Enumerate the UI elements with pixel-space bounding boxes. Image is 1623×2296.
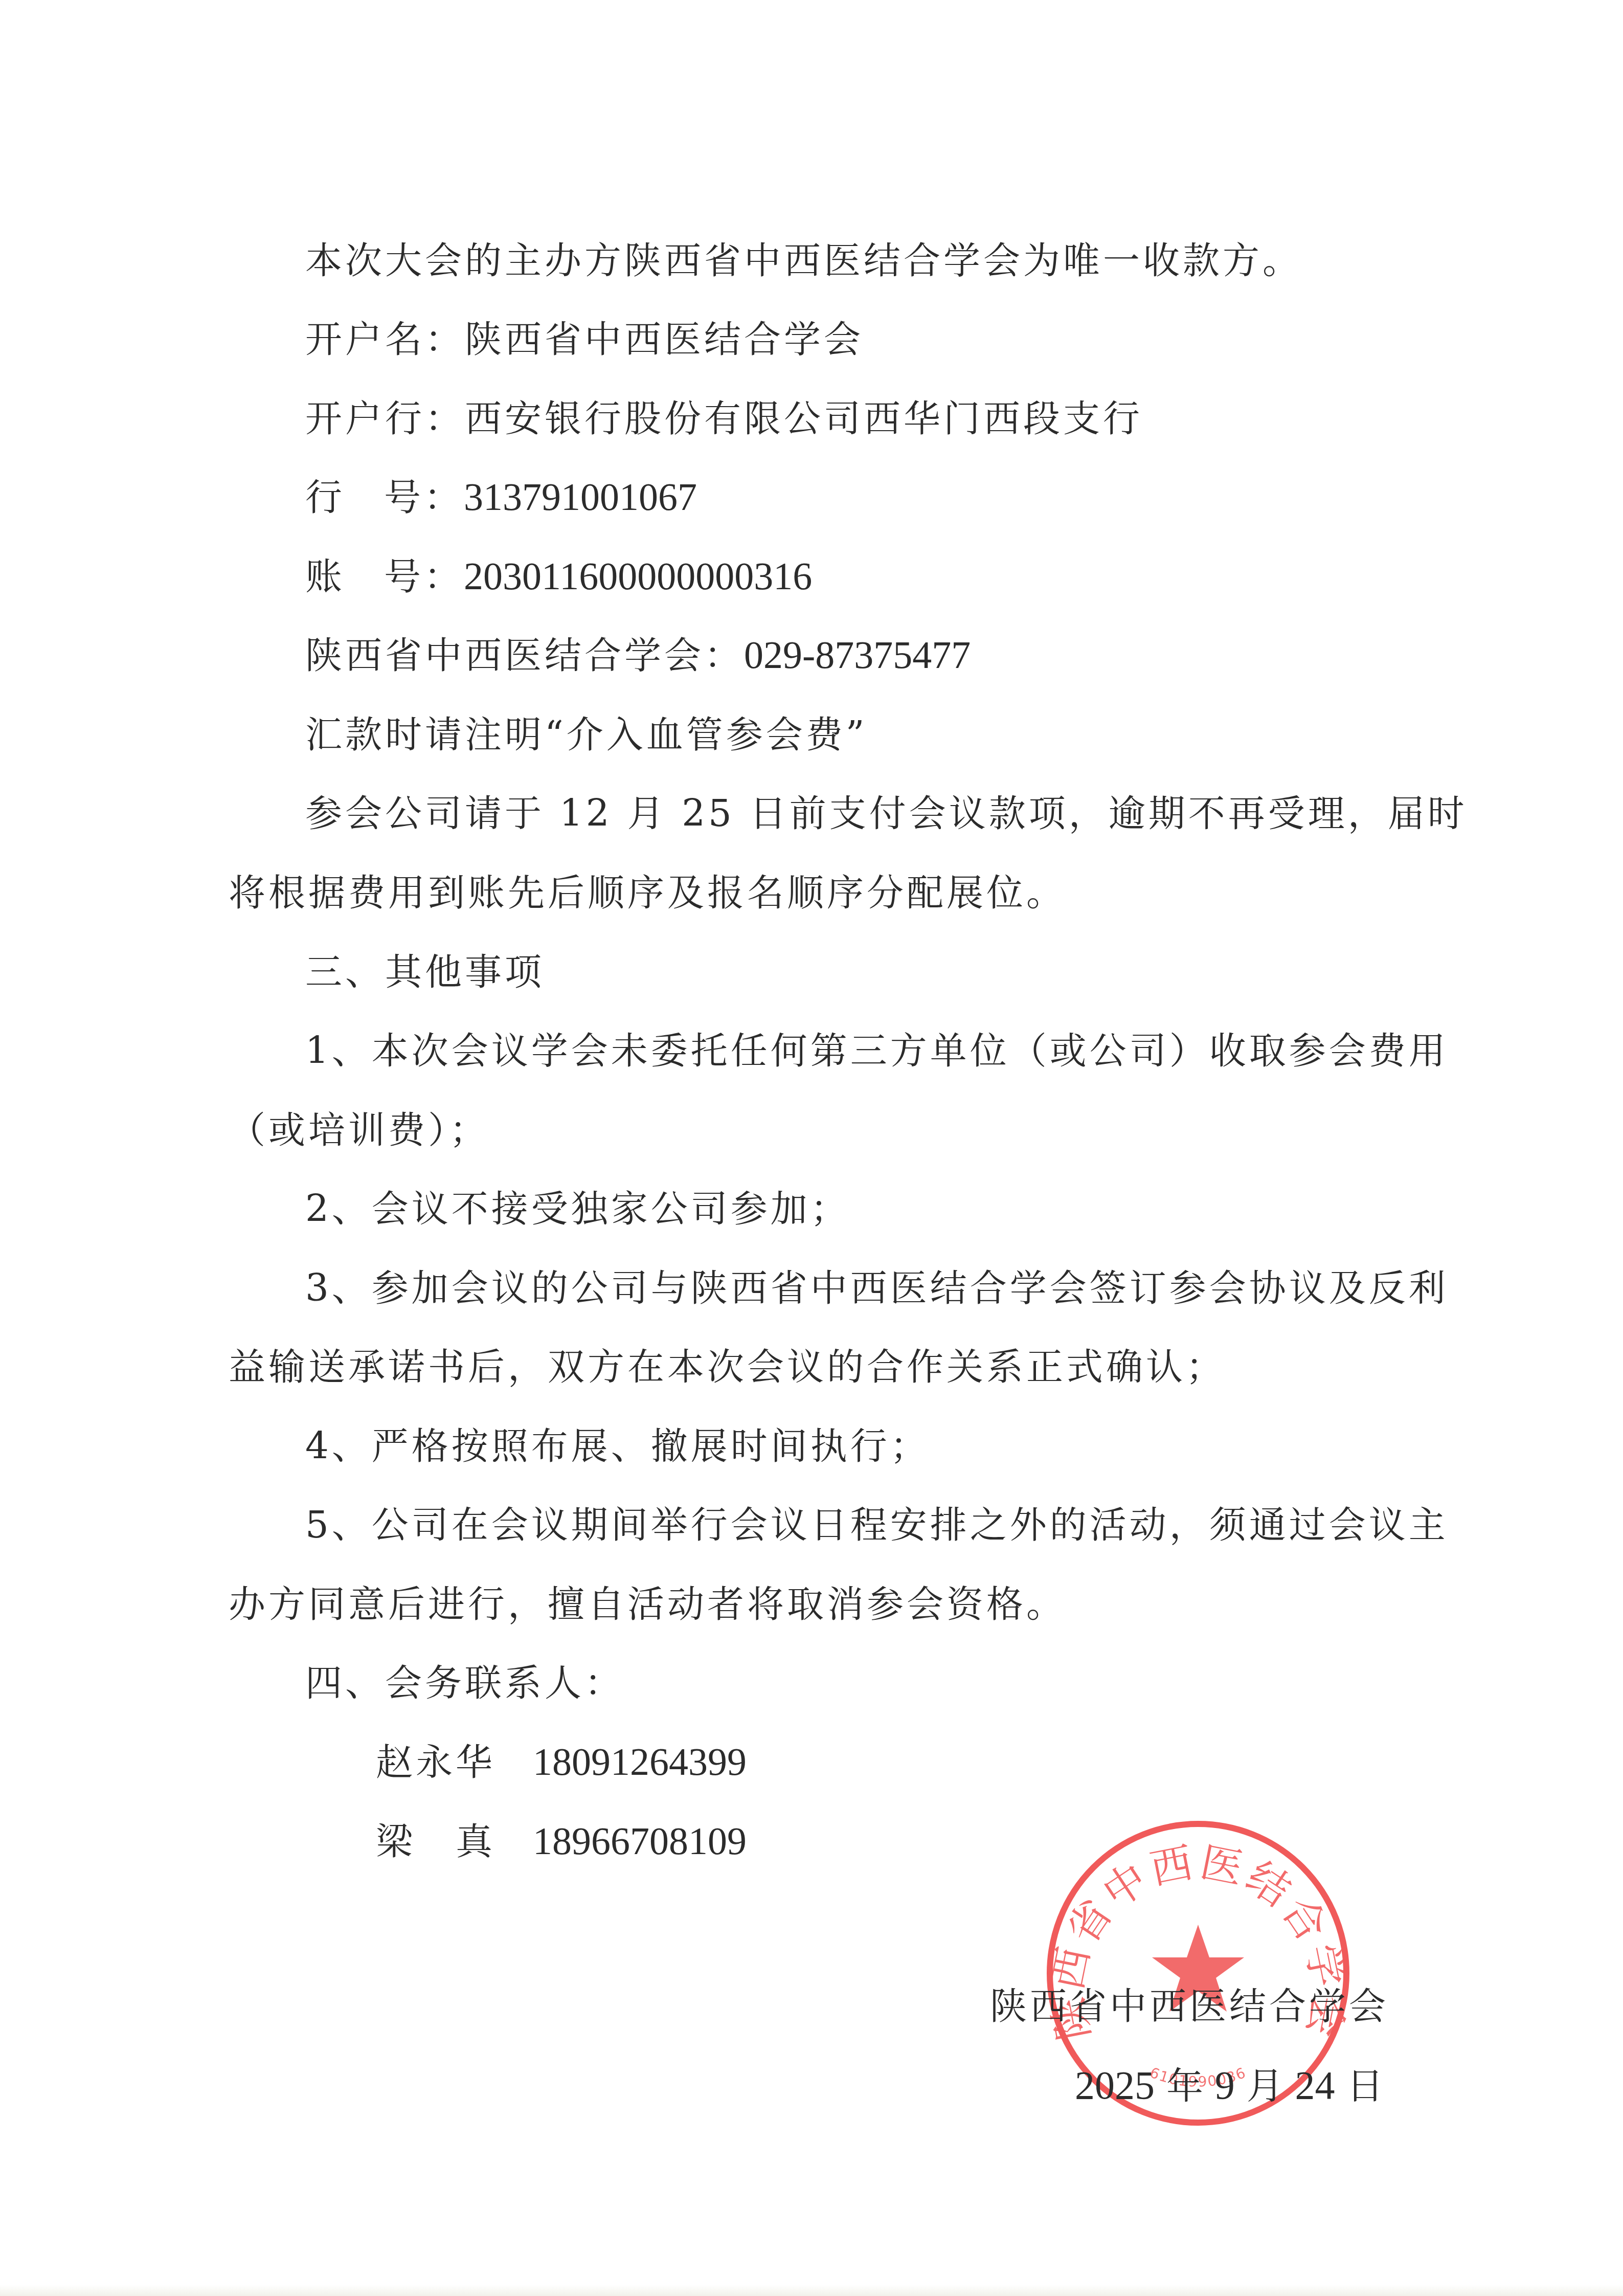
- payment-deadline-text-1: 参会公司请于 12 月 25 日前支付会议款项，逾期不再受理，届时: [305, 790, 1468, 836]
- date-day: 24: [1295, 2063, 1335, 2107]
- account-number-label-b: 号：: [384, 555, 464, 598]
- bank-code-row: 行号：313791001067: [305, 474, 697, 520]
- payment-deadline-text-2: 将根据费用到账先后顺序及报名顺序分配展位。: [229, 870, 1066, 916]
- contact-phone: 18091264399: [533, 1739, 747, 1785]
- other-matters-item-3-line-2: 益输送承诺书后，双方在本次会议的合作关系正式确认；: [229, 1344, 1226, 1390]
- other-matters-item-4: 4、严格按照布展、撤展时间执行；: [305, 1423, 930, 1469]
- bank-row: 开户行：西安银行股份有限公司西华门西段支行: [305, 395, 1143, 441]
- sole-payee-statement: 本次大会的主办方陕西省中西医结合学会为唯一收款方。: [305, 237, 1302, 283]
- signature-organization: 陕西省中西医结合学会: [990, 1983, 1389, 2029]
- other-matters-item-1-line-2: （或培训费）；: [229, 1107, 489, 1153]
- contact-name: 赵永华: [376, 1739, 495, 1785]
- remittance-note: 汇款时请注明“介入血管参会费”: [305, 711, 868, 757]
- contact-phone: 18966708109: [533, 1818, 747, 1864]
- document-page: 本次大会的主办方陕西省中西医结合学会为唯一收款方。 开户名：陕西省中西医结合学会…: [0, 0, 1623, 2296]
- bank-code-label-b: 号：: [384, 476, 464, 519]
- other-matters-item-5-line-2: 办方同意后进行，擅自活动者将取消参会资格。: [229, 1581, 1066, 1627]
- other-matters-item-2: 2、会议不接受独家公司参加；: [305, 1186, 850, 1232]
- bank-label: 开户行：: [305, 397, 465, 440]
- signature-date: 2025 年 9 月 24 日: [1075, 2062, 1384, 2109]
- contact-row: 梁 真 18966708109: [0, 1818, 1623, 1864]
- society-phone-value: 029-87375477: [744, 634, 971, 677]
- contact-name: 梁 真: [376, 1818, 495, 1864]
- account-number-value: 203011600000000316: [464, 555, 812, 598]
- other-matters-item-1-line-1: 1、本次会议学会未委托任何第三方单位（或公司）收取参会费用: [305, 1028, 1449, 1074]
- account-name-row: 开户名：陕西省中西医结合学会: [305, 316, 864, 362]
- bank-code-value: 313791001067: [464, 476, 697, 519]
- account-number-row: 账号：203011600000000316: [305, 553, 812, 599]
- section-heading-other-matters: 三、其他事项: [305, 949, 545, 995]
- date-year: 2025: [1075, 2063, 1155, 2107]
- contact-row: 赵永华 18091264399: [0, 1739, 1623, 1785]
- date-month-unit: 月: [1247, 2064, 1283, 2107]
- society-phone-label: 陕西省中西医结合学会：: [305, 634, 744, 677]
- account-number-label-a: 账: [305, 555, 345, 598]
- bank-code-label-a: 行: [305, 476, 345, 519]
- society-phone-row: 陕西省中西医结合学会：029-87375477: [305, 632, 971, 678]
- bank-value: 西安银行股份有限公司西华门西段支行: [465, 397, 1143, 440]
- section-heading-contacts: 四、会务联系人：: [305, 1660, 624, 1706]
- date-month: 9: [1215, 2063, 1235, 2107]
- account-name-value: 陕西省中西医结合学会: [465, 318, 864, 361]
- other-matters-item-5-line-1: 5、公司在会议期间举行会议日程安排之外的活动，须通过会议主: [305, 1502, 1449, 1548]
- account-name-label: 开户名：: [305, 318, 465, 361]
- date-day-unit: 日: [1346, 2064, 1383, 2107]
- date-year-unit: 年: [1166, 2064, 1203, 2107]
- scan-edge: [0, 2285, 1623, 2296]
- other-matters-item-3-line-1: 3、参加会议的公司与陕西省中西医结合学会签订参会协议及反利: [305, 1265, 1449, 1311]
